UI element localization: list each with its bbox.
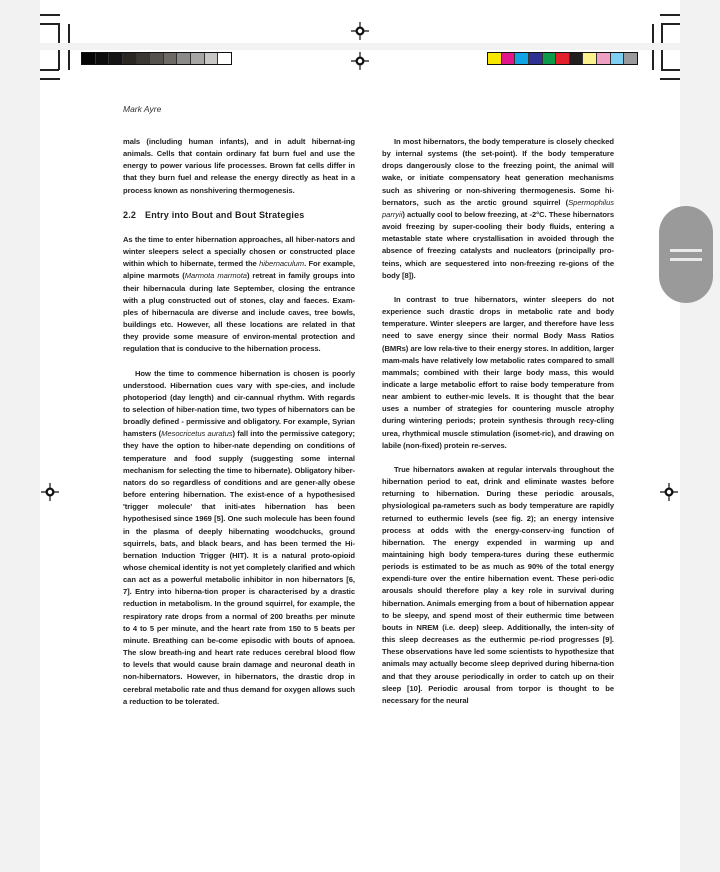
color-swatch xyxy=(488,53,502,64)
crop-mark xyxy=(40,78,60,80)
crop-mark xyxy=(652,50,654,70)
color-swatch xyxy=(529,53,543,64)
grayscale-calibration-bar xyxy=(81,52,232,65)
color-swatch xyxy=(137,53,151,64)
paragraph: How the time to commence hibernation is … xyxy=(123,368,355,708)
text-run: ) actually cool to below freezing, at -2… xyxy=(382,210,614,280)
color-swatch xyxy=(109,53,123,64)
crop-mark xyxy=(58,50,60,70)
section-number: 2.2 xyxy=(123,209,145,221)
scan-band xyxy=(0,43,720,50)
color-swatch xyxy=(191,53,205,64)
crop-mark xyxy=(661,23,663,43)
species-name: Marmota marmota xyxy=(185,271,247,280)
paragraph: In contrast to true hibernators, winter … xyxy=(382,294,614,452)
crop-mark xyxy=(661,69,680,71)
color-swatch xyxy=(543,53,557,64)
registration-mark-icon xyxy=(351,52,369,70)
color-swatch xyxy=(515,53,529,64)
crop-mark xyxy=(661,50,663,70)
color-swatch xyxy=(150,53,164,64)
color-swatch xyxy=(96,53,110,64)
crop-mark xyxy=(68,50,70,70)
left-text-column: mals (including human infants), and in a… xyxy=(123,136,355,720)
color-swatch xyxy=(556,53,570,64)
registration-mark-icon xyxy=(41,483,59,501)
crop-mark xyxy=(58,23,60,43)
color-swatch xyxy=(218,53,231,64)
crop-mark xyxy=(661,23,680,25)
paragraph: True hibernators awaken at regular inter… xyxy=(382,464,614,707)
crop-mark xyxy=(652,24,654,43)
species-name: Mesocricetus auratus xyxy=(161,429,232,438)
registration-mark-icon xyxy=(351,22,369,40)
color-swatch xyxy=(597,53,611,64)
color-swatch xyxy=(624,53,637,64)
color-swatch xyxy=(177,53,191,64)
text-run: How the time to commence hibernation is … xyxy=(123,369,355,439)
text-run: ) retreat in family groups into their hi… xyxy=(123,271,355,353)
color-swatch xyxy=(502,53,516,64)
color-swatch xyxy=(205,53,219,64)
color-swatch xyxy=(570,53,584,64)
color-swatch xyxy=(164,53,178,64)
crop-mark xyxy=(660,14,680,16)
scroll-handle[interactable] xyxy=(659,206,713,303)
running-header-author: Mark Ayre xyxy=(123,104,161,114)
crop-mark xyxy=(40,14,60,16)
color-swatch xyxy=(123,53,137,64)
text-run: ) fall into the permissive category; the… xyxy=(123,429,355,705)
section-heading: 2.2Entry into Bout and Bout Strategies xyxy=(123,209,355,221)
drag-handle-icon xyxy=(670,249,702,252)
paragraph: In most hibernators, the body temperatur… xyxy=(382,136,614,282)
crop-mark xyxy=(68,24,70,43)
crop-mark xyxy=(660,78,680,80)
drag-handle-icon xyxy=(670,258,702,261)
crop-mark xyxy=(40,69,59,71)
paragraph: As the time to enter hibernation approac… xyxy=(123,234,355,356)
color-swatch xyxy=(82,53,96,64)
italic-term: hibernaculum xyxy=(259,259,304,268)
color-swatch xyxy=(583,53,597,64)
registration-mark-icon xyxy=(660,483,678,501)
crop-mark xyxy=(40,23,58,25)
paragraph: mals (including human infants), and in a… xyxy=(123,136,355,197)
text-run: In most hibernators, the body temperatur… xyxy=(382,137,614,207)
right-text-column: In most hibernators, the body temperatur… xyxy=(382,136,614,719)
color-calibration-bar xyxy=(487,52,638,65)
color-swatch xyxy=(611,53,625,64)
section-title: Entry into Bout and Bout Strategies xyxy=(145,210,305,220)
